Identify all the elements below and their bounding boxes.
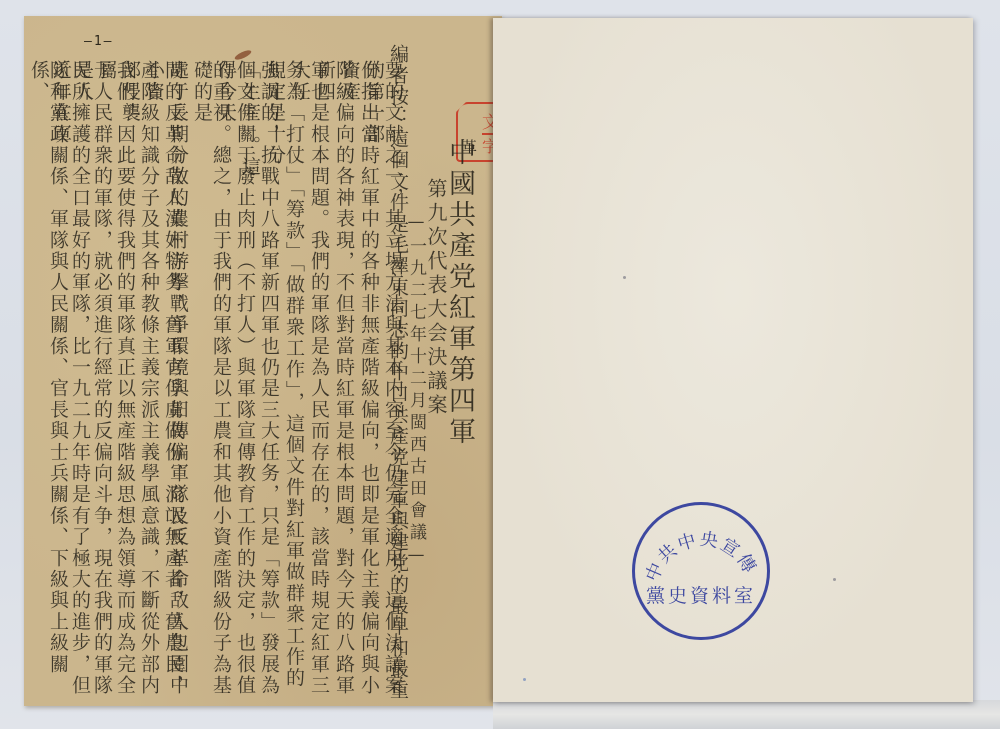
paper-speck — [523, 678, 526, 681]
document-subtitle: 第九次代表大会決議案 — [426, 178, 446, 418]
left-page-handwritten-document: —1— 文保 革 字 34 中國共產党紅軍第四軍 第九次代表大会決議案 —一九二… — [24, 16, 502, 706]
paper-speck — [833, 578, 836, 581]
seal-arc-text: 中共中央宣傳部 — [635, 505, 767, 637]
document-date: —一九二七年十二月閩西古田會議— — [407, 212, 424, 570]
svg-text:中共中央宣傳部: 中共中央宣傳部 — [635, 505, 761, 585]
bottom-fabric — [493, 700, 1000, 729]
text-column: 的重視。總之，由于我們的軍隊是以工農和其他小資產階級份子為基礎的是 — [192, 60, 230, 706]
paper-speck — [623, 276, 626, 279]
document-title: 中國共產党紅軍第四軍 — [446, 138, 473, 448]
seal-bottom-text: 黨史資料室 — [635, 581, 767, 608]
seal-top-arc: 中共中央宣傳部 — [635, 505, 761, 585]
text-column: 隊和黨政關係、軍隊與人民關係、官長與士兵關係、下級與上級關係、 — [29, 60, 67, 706]
party-history-seal: 中共中央宣傳部 黨史資料室 — [632, 502, 770, 640]
page-number: —1— — [84, 34, 113, 49]
